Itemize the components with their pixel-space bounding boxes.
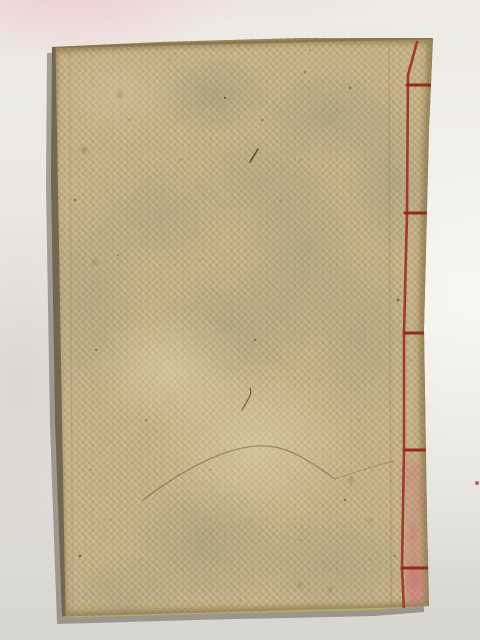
crease-arc-right xyxy=(335,461,394,479)
left-fold xyxy=(69,50,73,616)
speck xyxy=(129,119,131,121)
background-red-speck xyxy=(475,481,479,485)
speck xyxy=(344,499,347,502)
speck xyxy=(109,519,111,521)
speck xyxy=(239,599,241,601)
speck xyxy=(409,359,411,361)
speck xyxy=(389,239,391,241)
speck xyxy=(349,87,352,90)
speck xyxy=(299,539,301,541)
speck xyxy=(249,519,251,521)
rust-spots xyxy=(81,93,372,593)
speck xyxy=(199,259,201,261)
speck xyxy=(254,339,257,342)
speck xyxy=(304,71,307,74)
speck xyxy=(59,599,61,601)
speck xyxy=(139,559,141,561)
dark-specks xyxy=(59,49,411,601)
rust-spot xyxy=(368,518,372,522)
speck xyxy=(261,119,263,121)
hair-curl xyxy=(242,388,251,410)
rust-spot xyxy=(81,147,87,153)
speck xyxy=(95,349,97,351)
rust-spot xyxy=(349,478,354,483)
rust-spot xyxy=(118,93,123,98)
speck xyxy=(319,379,321,381)
speck xyxy=(397,299,400,302)
photo-surface xyxy=(0,0,480,640)
rust-spot xyxy=(328,588,332,592)
crease-marks xyxy=(69,44,394,616)
speck xyxy=(179,159,181,161)
speck xyxy=(299,159,301,161)
speck xyxy=(79,555,82,558)
speck xyxy=(74,199,77,202)
speck xyxy=(209,469,211,471)
spine-fold xyxy=(389,44,391,610)
speck xyxy=(145,419,147,421)
page-block-left-edge xyxy=(52,47,62,618)
speck xyxy=(309,49,311,51)
speck xyxy=(359,419,361,421)
crease-arc xyxy=(143,446,335,500)
speck xyxy=(169,59,171,61)
speck xyxy=(279,199,281,201)
cover-rim-shading xyxy=(51,38,433,618)
fiber xyxy=(250,149,258,162)
speck xyxy=(224,97,226,99)
stain-blotch xyxy=(405,564,425,608)
rust-spot xyxy=(298,583,302,587)
speck xyxy=(89,469,91,471)
speck xyxy=(394,555,396,557)
speck xyxy=(369,559,371,561)
rust-spot xyxy=(93,260,97,264)
surface-marks xyxy=(0,0,480,640)
speck xyxy=(117,254,119,256)
